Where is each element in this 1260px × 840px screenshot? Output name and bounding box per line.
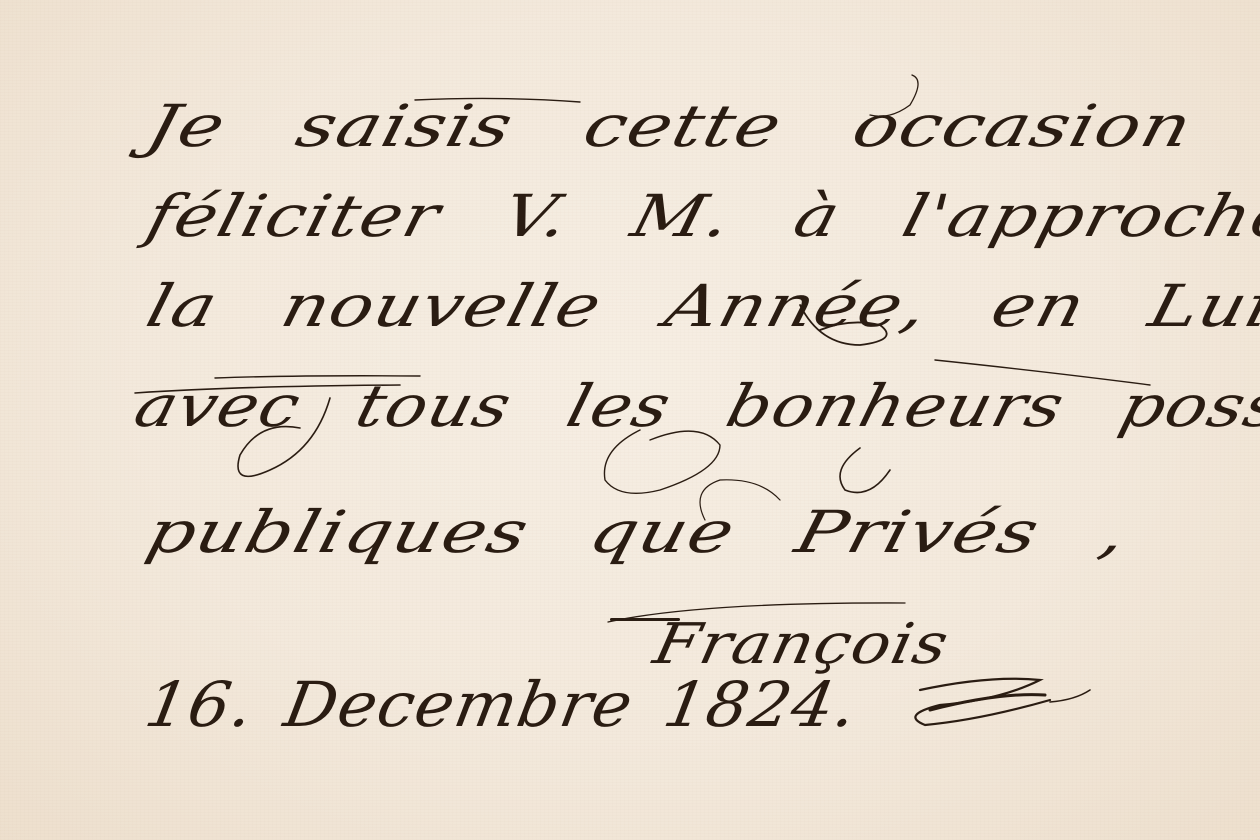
signature: François	[648, 612, 955, 677]
letter-line-4: avec tous les bonheurs possibles tant	[128, 372, 1260, 440]
letter-line-1: Je saisis cette occasion pour	[140, 92, 1260, 160]
letter-line-2: féliciter V. M. à l'approche de	[140, 182, 1260, 250]
letter-line-5: publiques que Privés ,	[140, 498, 1135, 566]
letter-line-3: la nouvelle Année, en Lui portant	[140, 272, 1260, 340]
letter-date: 16. Decembre 1824.	[140, 668, 863, 741]
